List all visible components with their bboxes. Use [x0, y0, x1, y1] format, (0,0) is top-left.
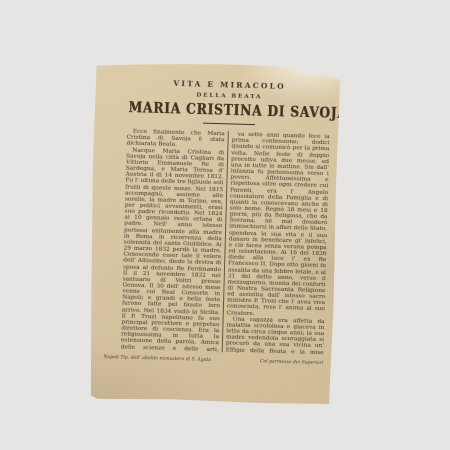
body-columns: Ecco finalmente che Maria Cristina di Sa… — [121, 129, 330, 356]
right-column: va sette anni quando fece la prima confe… — [226, 132, 330, 356]
paragraph: Una ragazza era affetta da malattia scro… — [226, 316, 325, 355]
paragraph: va sette anni quando fece la prima confe… — [227, 132, 330, 319]
title-rule — [203, 122, 255, 125]
paragraph: Ecco finalmente che Maria Cristina di Sa… — [126, 129, 224, 150]
footer-imprint: Napoli Tip. dell' abolito monastero di S… — [103, 355, 323, 366]
imprint-left: Napoli Tip. dell' abolito monastero di S… — [103, 355, 211, 363]
left-column: Ecco finalmente che Maria Cristina di Sa… — [121, 129, 225, 353]
broadside-content: VITA E MIRACOLO DELLA BEATA MARIA CRISTI… — [120, 78, 332, 398]
imprint-right: Col permesso dei Superiori — [260, 359, 324, 366]
page-title: MARIA CRISTINA DI SAVOJA — [128, 98, 329, 121]
paper-sheet: VITA E MIRACOLO DELLA BEATA MARIA CRISTI… — [86, 61, 340, 406]
photo-background: VITA E MIRACOLO DELLA BEATA MARIA CRISTI… — [0, 0, 450, 450]
paragraph: Nacque Maria Cristina di Savoja nella ci… — [121, 147, 225, 352]
